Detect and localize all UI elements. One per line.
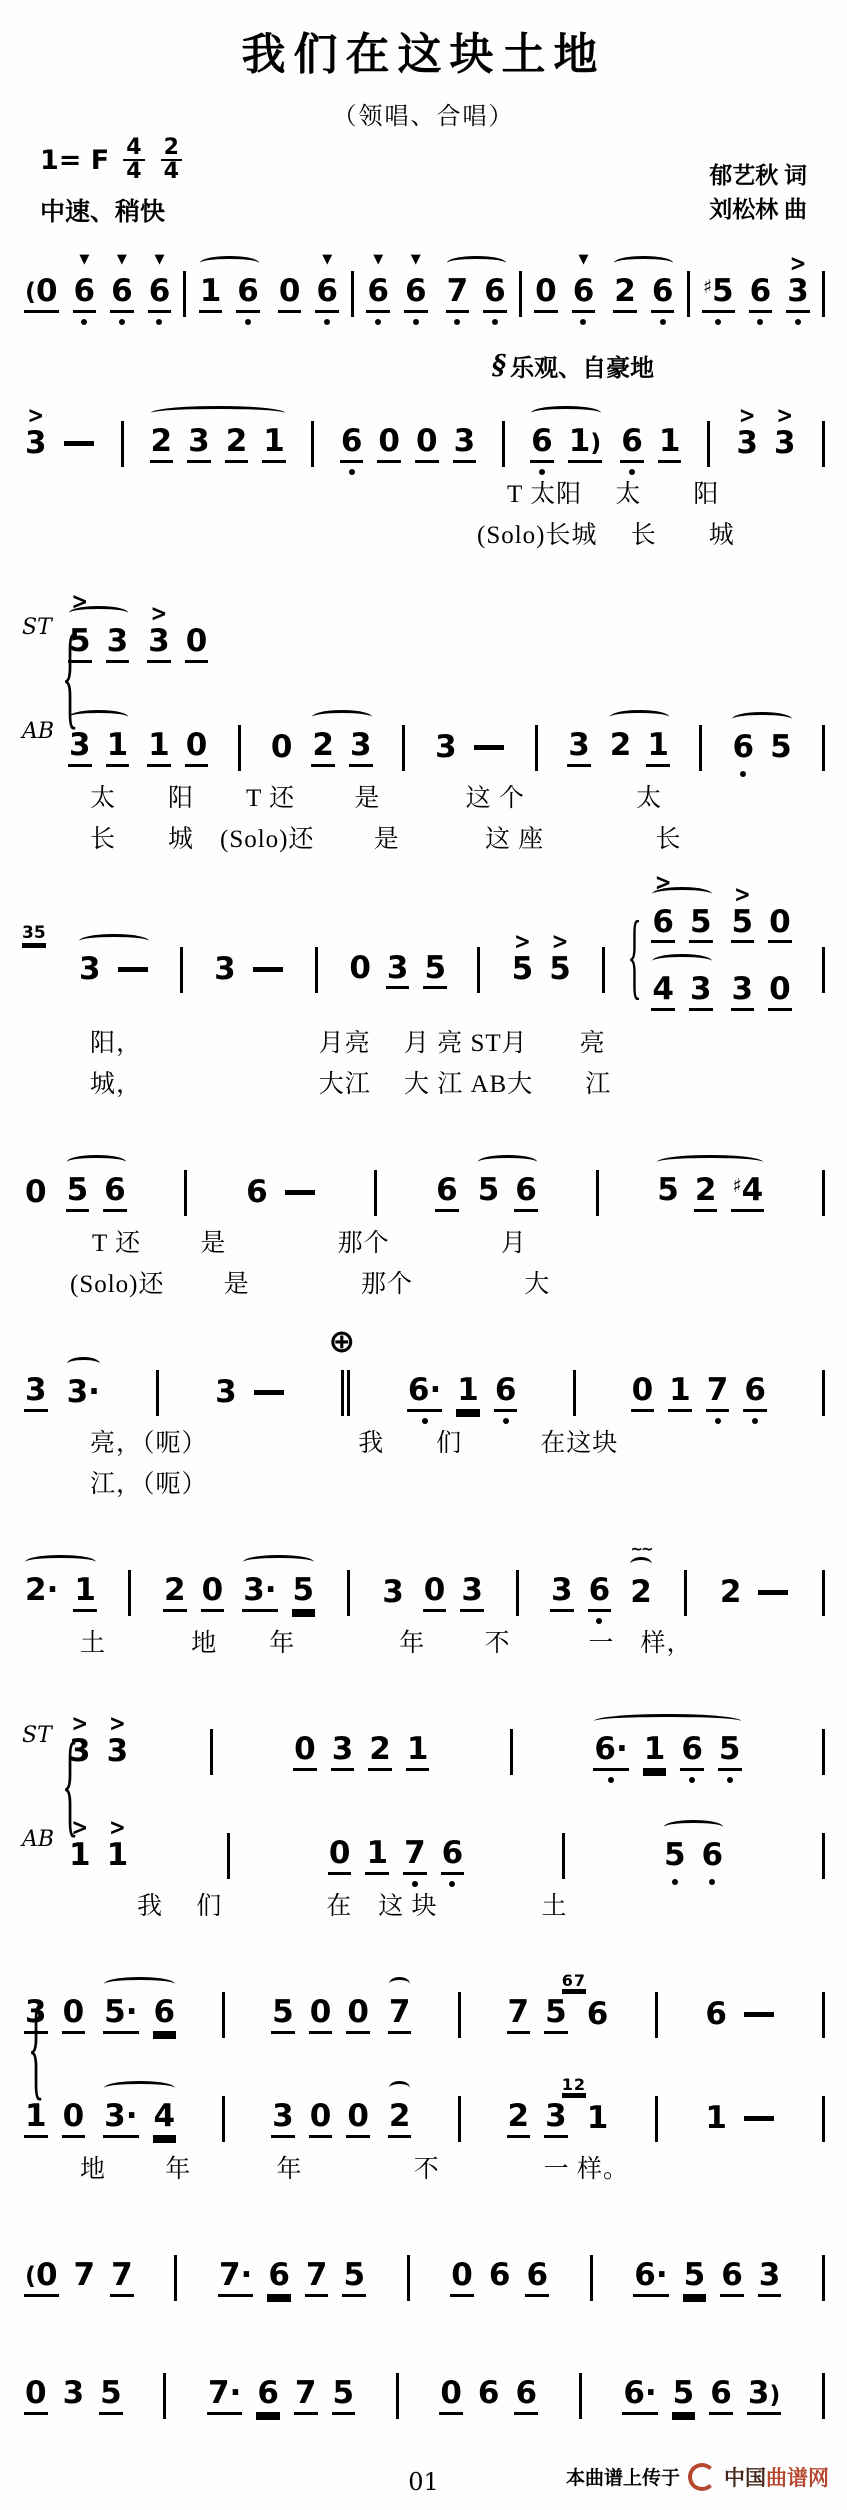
- note-group: 03: [421, 1574, 486, 1612]
- note: 0: [293, 1733, 317, 1771]
- note-group: 676: [584, 1998, 612, 2033]
- music-line: 33·3⊕6·160176: [22, 1331, 825, 1423]
- barline-wrap: [684, 1570, 687, 1616]
- note-digit: 6: [236, 275, 260, 313]
- staccato-accent-icon: ▼: [117, 253, 127, 266]
- accent-icon: >: [734, 882, 751, 905]
- lyrics-line: (Solo)长城 长 城: [22, 515, 825, 556]
- note-digit: 2: [507, 2100, 531, 2138]
- barline-wrap: [311, 421, 314, 467]
- time-signature: 24: [161, 137, 182, 184]
- lyrics-line: T 还 是 那个 月: [22, 1223, 825, 1264]
- measures-row: 1>1>017656: [66, 1794, 825, 1886]
- dash-note: [744, 2012, 774, 2017]
- note-digit: 0: [348, 952, 372, 987]
- note: 1: [73, 1574, 97, 1612]
- sharp-icon: ♯: [732, 1175, 741, 1197]
- note: 3: [106, 625, 130, 663]
- barline-wrap: [238, 725, 241, 771]
- note-digit: 3: [349, 729, 373, 767]
- barline-wrap: [183, 271, 186, 317]
- note: 2·: [24, 1574, 59, 1612]
- barline: [227, 1833, 230, 1879]
- barline: [458, 2096, 461, 2142]
- note: 5: [292, 1574, 316, 1612]
- note-group: 3: [211, 953, 287, 988]
- note-group: 30: [729, 973, 794, 1011]
- barline: [156, 1370, 159, 1416]
- measures-row: 3110023332165: [66, 686, 825, 778]
- staccato-accent-icon: ▼: [322, 253, 332, 266]
- music-system: (06▼6▼6▼1606▼6▼6▼7606▼26♯563>: [0, 232, 847, 324]
- measures-row: 5>33>0: [66, 582, 210, 674]
- accent-icon: >: [790, 252, 807, 275]
- note-digit: 6: [620, 425, 644, 463]
- barline: [573, 1370, 576, 1416]
- note-group: 0: [22, 1176, 50, 1211]
- note: 5: [271, 1996, 295, 2034]
- upload-note-text: 本曲谱上传于: [566, 2463, 680, 2490]
- barline: [458, 1992, 461, 2038]
- note-group: 6: [243, 1176, 319, 1211]
- note: 3: [758, 2259, 782, 2297]
- note-digit: 3·: [66, 1376, 101, 1411]
- barline-wrap: [458, 2096, 461, 2142]
- note-digit: 5: [66, 1174, 90, 1212]
- note-digit: 1: [24, 2100, 48, 2138]
- system-lines: ST5>33>0AB3110023332165: [22, 582, 825, 778]
- note-group: 3>3>: [66, 1735, 131, 1770]
- barline-wrap: [516, 1570, 519, 1616]
- note: 3: [567, 729, 591, 767]
- note: 3: [349, 729, 373, 767]
- note-digit: 0: [450, 2259, 474, 2297]
- note: 6: [435, 1174, 459, 1212]
- note-group: 3: [22, 1374, 50, 1412]
- note-group: 1>1>: [66, 1839, 131, 1874]
- note-group: 30: [22, 1996, 87, 2034]
- note: ♯5: [702, 275, 735, 313]
- note: 6: [720, 2259, 744, 2297]
- close-paren: ): [769, 2381, 780, 2409]
- note: 2: [225, 425, 249, 463]
- note-digit: 2: [163, 1574, 187, 1612]
- barline: [655, 1992, 658, 2038]
- note-digit: 3: [68, 1735, 92, 1770]
- note-digit: 6: [588, 1574, 612, 1612]
- octave-dot: [413, 319, 419, 325]
- note-group: 0176: [629, 1374, 769, 1412]
- measure: 0176: [326, 1837, 466, 1875]
- note: 6·: [593, 1733, 628, 1771]
- note: 0: [328, 1837, 352, 1875]
- site-name[interactable]: 中国曲谱网: [724, 2462, 829, 2492]
- note: 6: [153, 1996, 177, 2034]
- barline: [477, 947, 480, 993]
- barline: [822, 1370, 825, 1416]
- note: 6▼: [572, 275, 596, 313]
- note: 6: [731, 731, 755, 766]
- note: 5: [689, 906, 713, 944]
- octave-dot: [503, 1418, 509, 1424]
- note: 6: [749, 275, 773, 313]
- octave-dot: [454, 319, 460, 325]
- note-digit: 3: [214, 1376, 238, 1411]
- dash-note: [758, 1590, 788, 1595]
- barline: [163, 2373, 166, 2419]
- note: 3·: [103, 2100, 138, 2138]
- measure: 6: [243, 1176, 319, 1211]
- note-digit: 3: [331, 1733, 355, 1771]
- music-line: 2·1203·5303362~~2: [22, 1531, 825, 1623]
- note-digit: 2: [694, 1174, 718, 1212]
- note-group: 6·563): [620, 2377, 783, 2415]
- octave-dot: [245, 319, 251, 325]
- meta-row: 1= F 4424 中速、稍快 郁艺秋 词 刘松林 曲: [0, 131, 847, 228]
- dash-note: [64, 441, 94, 446]
- barline-wrap: [822, 1992, 825, 2038]
- barline-wrap: [502, 421, 505, 467]
- note-digit: 0: [415, 425, 439, 463]
- note: 3: [544, 2100, 568, 2138]
- note-digit: 5: [423, 952, 447, 990]
- note-digit: 6: [731, 731, 755, 766]
- octave-dot: [596, 1618, 602, 1624]
- note: 7: [388, 1996, 412, 2034]
- measure: 066: [437, 2377, 540, 2415]
- note: 6·: [407, 1374, 442, 1412]
- note-digit: 6: [315, 275, 339, 313]
- slur-group: 56: [475, 1174, 540, 1212]
- note-digit: 5: [292, 1574, 316, 1612]
- staccato-accent-icon: ▼: [79, 253, 89, 266]
- barline: [562, 1833, 565, 1879]
- note: 6: [651, 275, 675, 313]
- barline-wrap: [184, 1170, 187, 1216]
- note: 7: [446, 275, 470, 313]
- note: 6▼: [148, 275, 172, 313]
- measure: 056: [22, 1174, 129, 1212]
- note: [251, 953, 285, 988]
- note: 6: [477, 2377, 501, 2415]
- note: 121: [586, 2102, 610, 2137]
- measure: 5007: [269, 1996, 413, 2034]
- note: 5>: [511, 953, 535, 988]
- note: 6▼: [404, 275, 428, 313]
- barline-wrap: [579, 2373, 582, 2419]
- note: 7: [73, 2259, 97, 2297]
- barline-wrap: [222, 2096, 225, 2142]
- time-signatures: 4424: [123, 137, 182, 184]
- note: 6: [743, 1374, 767, 1412]
- note: 1: [147, 729, 171, 767]
- music-system: §乐观、自豪地3>2321600361)613>3>T 太阳 太 阳(Solo)…: [0, 350, 847, 556]
- music-line: (06▼6▼6▼1606▼6▼6▼7606▼26♯563>: [22, 232, 825, 324]
- note-digit: 5: [332, 2377, 356, 2415]
- note-group: ♯563>: [700, 275, 812, 313]
- note: 5: [99, 2377, 123, 2415]
- measures-row: 103·43002231211: [22, 2057, 825, 2149]
- note-group: 500: [269, 1996, 372, 2034]
- accent-icon: >: [27, 403, 44, 426]
- slur-group: 7: [386, 1996, 414, 2034]
- octave-dot: [81, 319, 87, 325]
- music-line: 35330355>5>6>55>04330: [22, 886, 825, 1023]
- note-digit: 1: [262, 425, 286, 463]
- voice-label: ST: [22, 1723, 66, 1748]
- note-digit: 5: [731, 906, 755, 944]
- octave-dot: [349, 469, 355, 475]
- note: 0: [768, 973, 792, 1011]
- octave-dot: [715, 1418, 721, 1424]
- music-line: 305·65007756766: [22, 1953, 825, 2045]
- note-digit: 3: [106, 625, 130, 663]
- note-group: 10: [145, 729, 210, 767]
- barline: [822, 271, 825, 317]
- measure: 7·675: [216, 2259, 368, 2297]
- note-digit: 3: [381, 1576, 405, 1611]
- barline-wrap: [822, 271, 825, 317]
- note-group: 0: [268, 731, 296, 766]
- barline-wrap: [573, 1370, 576, 1416]
- note: 1: [668, 1374, 692, 1412]
- measure: 0176: [629, 1374, 769, 1412]
- note: 3: [689, 973, 713, 1011]
- note-digit: 6: [572, 275, 596, 313]
- measure: 3110: [66, 729, 210, 767]
- dash-note: [253, 967, 283, 972]
- note-digit: 3: [773, 427, 797, 462]
- barline: [822, 1570, 825, 1616]
- note-group: 06▼: [532, 275, 597, 313]
- note-digit: 6·: [407, 1374, 442, 1412]
- note: 676: [586, 1998, 610, 2033]
- accent-icon: >: [109, 1815, 126, 1838]
- music-line: ST5>33>0: [22, 582, 825, 674]
- barline-wrap: [156, 1370, 159, 1416]
- note-digit: 4: [153, 2100, 177, 2138]
- note-group: 20: [161, 1574, 226, 1612]
- barline-wrap: [180, 947, 183, 993]
- note-group: 7·675: [216, 2259, 368, 2297]
- note: 3: [24, 1374, 48, 1412]
- note: 0: [415, 425, 439, 463]
- measure: (06▼6▼6▼: [22, 275, 173, 313]
- page-footer: 01 本曲谱上传于 中国曲谱网: [0, 2452, 847, 2510]
- measure: 33·: [22, 1374, 103, 1412]
- note-group: 75: [505, 1996, 570, 2034]
- note: 6: [704, 1998, 728, 2033]
- music-line: 0357·6750666·563): [22, 2334, 825, 2426]
- note: 0: [346, 2100, 370, 2138]
- note: 5: [672, 2377, 696, 2415]
- note: 1: [456, 1374, 480, 1412]
- note-digit: 0: [309, 1996, 333, 2034]
- octave-dot: [119, 319, 125, 325]
- octave-dot: [539, 469, 545, 475]
- note-digit: 2: [629, 1576, 653, 1611]
- barline: [590, 2255, 593, 2301]
- slur-group: 21: [607, 729, 672, 767]
- note-digit: 7: [110, 2259, 134, 2297]
- note: 2: [388, 2100, 412, 2138]
- note-digit: 6: [749, 275, 773, 313]
- note: 6: [488, 2259, 512, 2297]
- measure: 362~~: [548, 1574, 655, 1612]
- note: 5: [66, 1174, 90, 1212]
- note-digit: 0: [346, 1996, 370, 2034]
- measure: 035: [22, 2377, 125, 2415]
- note-digit: 0: [185, 729, 209, 767]
- note-group: 3: [379, 1576, 407, 1611]
- note: 4: [651, 973, 675, 1011]
- note-digit: ♯4: [731, 1174, 764, 1212]
- system-lines: ST3>3>03216·165AB1>1>017656: [22, 1690, 825, 1886]
- note-group: (077: [22, 2259, 136, 2297]
- barline: [374, 1170, 377, 1216]
- score-page: 我们在这块土地 （领唱、合唱） 1= F 4424 中速、稍快 郁艺秋 词 刘松…: [0, 0, 847, 2510]
- note-digit: 6: [256, 2377, 280, 2415]
- dash-note: [285, 1190, 315, 1195]
- measure: 6▼6▼76: [364, 275, 508, 313]
- stack-row: 4330: [649, 973, 793, 1011]
- music-line: 103·43002231211: [22, 2057, 825, 2149]
- note: 1: [704, 2102, 728, 2137]
- note: 5: [656, 1174, 680, 1212]
- note-digit: 3: [213, 953, 237, 988]
- note: 3·: [242, 1574, 277, 1612]
- barline-wrap: [402, 725, 405, 771]
- note: 0: [185, 625, 209, 663]
- music-line: AB1>1>017656: [22, 1794, 825, 1886]
- barline: [184, 1170, 187, 1216]
- measure: 5>5>: [509, 953, 574, 988]
- subtitle: （领唱、合唱）: [0, 96, 847, 131]
- measure: 2: [717, 1576, 793, 1611]
- octave-dot: [375, 319, 381, 325]
- measures-row: 3>3>03216·165: [66, 1690, 825, 1782]
- barline: [822, 725, 825, 771]
- note: 6▼: [366, 275, 390, 313]
- score-header: 我们在这块土地 （领唱、合唱） 1= F 4424 中速、稍快 郁艺秋 词 刘松…: [0, 0, 847, 228]
- slur-group: 31: [66, 729, 131, 767]
- slur-group: 2321: [148, 425, 288, 463]
- measures-row: 3>2321600361)613>3>: [22, 382, 825, 474]
- note: 5·: [103, 1996, 138, 2034]
- note-digit: 6: [701, 1839, 725, 1874]
- note: 3: [68, 729, 92, 767]
- open-paren: (: [25, 278, 36, 306]
- note-digit: 5: [663, 1839, 687, 1874]
- barline: [596, 1170, 599, 1216]
- measure: 3: [432, 731, 508, 766]
- composer: 刘松林 曲: [709, 193, 807, 228]
- note-group: 0176: [326, 1837, 466, 1875]
- note-digit: 0: [377, 425, 401, 463]
- note-digit: 0: [423, 1574, 447, 1612]
- lyrics-line: 太 阳 T 还 是 这 个 太: [22, 778, 825, 819]
- note-digit: 1: [73, 1574, 97, 1612]
- note: 5: [683, 2259, 707, 2297]
- measure: 1: [702, 2102, 778, 2137]
- barline-wrap: [596, 1170, 599, 1216]
- note-digit: 0: [346, 2100, 370, 2138]
- note-digit: 7: [446, 275, 470, 313]
- note: 3: [24, 1996, 48, 2034]
- barline: [822, 2096, 825, 2142]
- note: [62, 427, 96, 462]
- note-digit: 6: [530, 425, 554, 463]
- octave-dot: [324, 319, 330, 325]
- note-digit: 5: [544, 1996, 568, 2034]
- note-group: 3>: [22, 427, 98, 462]
- note-group: 6·16: [405, 1374, 520, 1412]
- measures-row: (06▼6▼6▼1606▼6▼6▼7606▼26♯563>: [22, 232, 825, 324]
- notation-area: (06▼6▼6▼1606▼6▼6▼7606▼26♯563>§乐观、自豪地3>23…: [0, 228, 847, 2426]
- slur-group: 43: [649, 973, 714, 1011]
- coda-icon: ⊕: [328, 1322, 355, 1360]
- note-digit: 6: [525, 2259, 549, 2297]
- note-digit: 5: [672, 2377, 696, 2415]
- note-digit: 6: [720, 2259, 744, 2297]
- note-digit: 1: [106, 729, 130, 767]
- measure: 3>: [22, 427, 98, 462]
- note: (0: [24, 275, 59, 313]
- note: 1>: [106, 1839, 130, 1874]
- measure: ♯563>: [700, 275, 812, 313]
- note: 3>: [68, 1735, 92, 1770]
- note-digit: 3: [24, 1374, 48, 1412]
- barline: [707, 421, 710, 467]
- note-digit: 6: [366, 275, 390, 313]
- note: 3: [187, 425, 211, 463]
- music-system: ST3>3>03216·165AB1>1>017656我 们 在 这 块 土: [0, 1690, 847, 1927]
- note-digit: 3: [434, 731, 458, 766]
- note: 7·: [207, 2377, 242, 2415]
- barline-wrap: [535, 725, 538, 771]
- lyrics-line: 阳， 月亮 月 亮 ST月 亮: [22, 1023, 825, 1064]
- music-line: 056665652♯4: [22, 1131, 825, 1223]
- barline: [510, 1729, 513, 1775]
- note-digit: 6: [340, 425, 364, 463]
- note-digit: 3: [187, 425, 211, 463]
- site-logo-icon[interactable]: [688, 2463, 716, 2491]
- measures-row: 33·3⊕6·160176: [22, 1331, 825, 1423]
- barline-wrap: [822, 2096, 825, 2142]
- note-digit: 6·: [622, 2377, 657, 2415]
- note-group: 6: [433, 1174, 461, 1212]
- note-digit: 7: [294, 2377, 318, 2415]
- note: 3: [214, 1376, 238, 1411]
- slur-group: 3·4: [101, 2100, 178, 2138]
- note-digit: 1: [658, 425, 682, 463]
- barline: [822, 2255, 825, 2301]
- note-group: 61: [618, 425, 683, 463]
- note: 2: [613, 275, 637, 313]
- barline: [516, 1570, 519, 1616]
- note: 6: [620, 425, 644, 463]
- two-voice-stack: 6>55>04330: [633, 906, 793, 1011]
- note-group: 1: [702, 2102, 778, 2137]
- measure: 035: [346, 952, 449, 990]
- barline: [121, 421, 124, 467]
- measure: 6·563: [631, 2259, 783, 2297]
- measure: 3002: [269, 2100, 413, 2138]
- note: 6: [588, 1574, 612, 1612]
- note: 3: [731, 973, 755, 1011]
- octave-dot: [740, 771, 746, 777]
- note: [252, 1376, 286, 1411]
